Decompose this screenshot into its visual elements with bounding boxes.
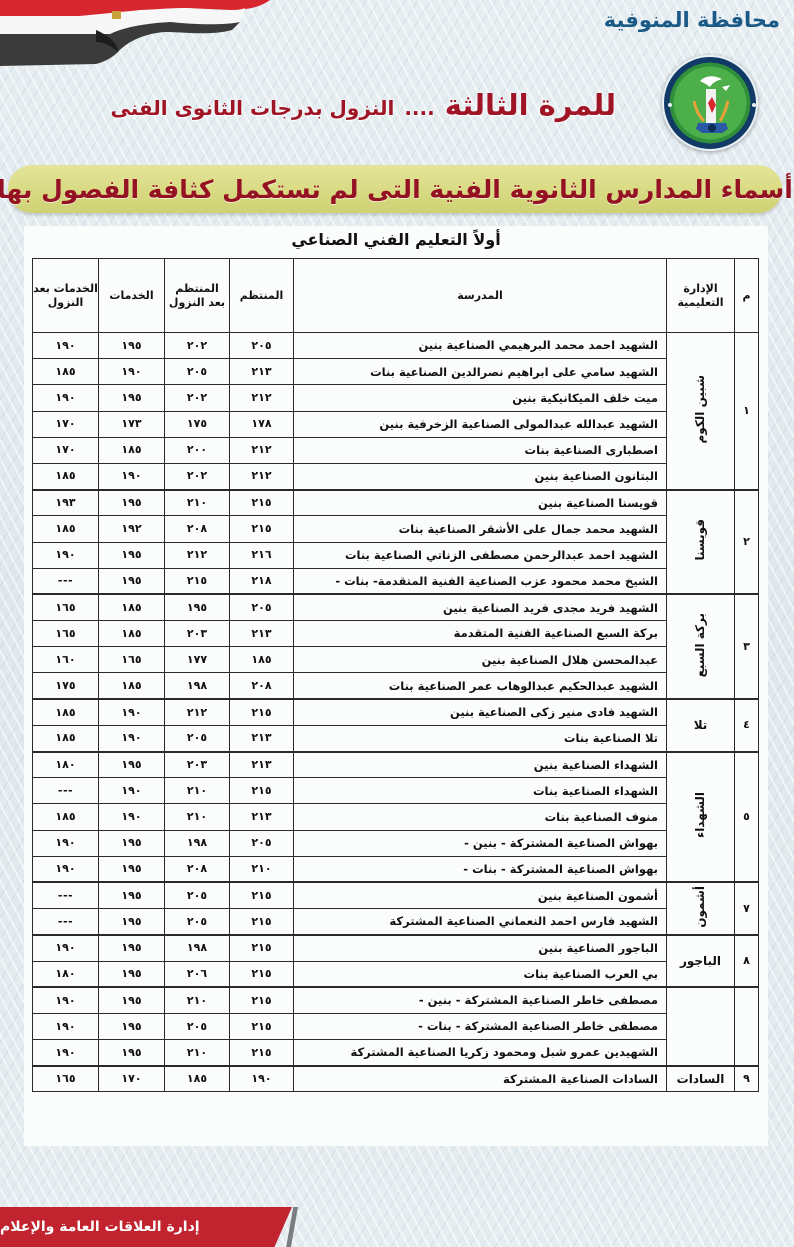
regular-after-cell: ٢٠٨ [165, 856, 230, 882]
services-cell: ١٩٥ [99, 1040, 165, 1066]
services-after-cell: ١٩٠ [33, 830, 99, 856]
services-after-cell: ١٨٥ [33, 804, 99, 830]
table-row: اصطبارى الصناعية بنات٢١٢٢٠٠١٨٥١٧٠ [33, 437, 759, 463]
regular-after-cell: ٢٠٣ [165, 752, 230, 778]
table-row: ميت خلف الميكانيكية بنين٢١٢٢٠٢١٩٥١٩٠ [33, 385, 759, 411]
regular-after-cell: ٢١٥ [165, 568, 230, 594]
table-row: ١شبين الكومالشهيد احمد محمد البرهيمي الص… [33, 333, 759, 359]
school-name-cell: تلا الصناعية بنات [294, 725, 667, 751]
administration-label: تلا [694, 718, 708, 732]
col-header-school: المدرسة [294, 259, 667, 333]
table-row: ٧أشمونأشمون الصناعية بنين٢١٥٢٠٥١٩٥--- [33, 882, 759, 908]
regular-after-cell: ٢١٠ [165, 987, 230, 1013]
school-name-cell: الشهيد فارس احمد النعماني الصناعية المشت… [294, 909, 667, 935]
regular-cell: ٢١٣ [230, 804, 294, 830]
services-after-cell: --- [33, 568, 99, 594]
table-row: ٢قويسناقويسنا الصناعية بنين٢١٥٢١٠١٩٥١٩٣ [33, 490, 759, 516]
regular-after-cell: ٢١٢ [165, 699, 230, 725]
services-cell: ١٩٥ [99, 490, 165, 516]
services-after-cell: ١٩٠ [33, 1013, 99, 1039]
services-after-cell: ١٩٠ [33, 1040, 99, 1066]
services-after-cell: --- [33, 882, 99, 908]
table-body: ١شبين الكومالشهيد احمد محمد البرهيمي الص… [33, 333, 759, 1092]
regular-cell: ٢٠٥ [230, 333, 294, 359]
regular-cell: ٢١٨ [230, 568, 294, 594]
services-after-cell: --- [33, 909, 99, 935]
regular-cell: ٢١٥ [230, 490, 294, 516]
services-cell: ١٩٥ [99, 961, 165, 987]
services-after-cell: ١٩٠ [33, 385, 99, 411]
services-after-cell: ١٩٠ [33, 542, 99, 568]
services-cell: ١٩٥ [99, 385, 165, 411]
table-row: بي العرب الصناعية بنات٢١٥٢٠٦١٩٥١٨٠ [33, 961, 759, 987]
services-after-cell: ١٩٠ [33, 987, 99, 1013]
regular-after-cell: ١٧٥ [165, 411, 230, 437]
regular-cell: ٢١٥ [230, 935, 294, 961]
school-name-cell: بهواش الصناعية المشتركة - بنين - [294, 830, 667, 856]
services-after-cell: ١٨٥ [33, 463, 99, 489]
services-cell: ١٩٥ [99, 568, 165, 594]
school-name-cell: بهواش الصناعية المشتركة - بنات - [294, 856, 667, 882]
school-name-cell: البتانون الصناعية بنين [294, 463, 667, 489]
services-cell: ١٩٢ [99, 516, 165, 542]
footer-text: إدارة العلاقات العامة والإعلام [0, 1219, 200, 1235]
school-name-cell: السادات الصناعية المشتركة [294, 1066, 667, 1092]
table-row: تلا الصناعية بنات٢١٣٢٠٥١٩٠١٨٥ [33, 725, 759, 751]
banner-text: أسماء المدارس الثانوية الفنية التى لم تس… [0, 175, 793, 204]
regular-after-cell: ١٩٨ [165, 830, 230, 856]
table-row: ٥الشهداءالشهداء الصناعية بنين٢١٣٢٠٣١٩٥١٨… [33, 752, 759, 778]
regular-cell: ١٩٠ [230, 1066, 294, 1092]
table-row: الشهيد سامي على ابراهيم نصرالدين الصناعي… [33, 359, 759, 385]
row-index: ٤ [735, 699, 759, 751]
governorate-name: محافظة المنوفية [604, 8, 780, 32]
regular-cell: ٢١٥ [230, 961, 294, 987]
services-cell: ١٩٥ [99, 752, 165, 778]
services-cell: ١٩٥ [99, 830, 165, 856]
school-name-cell: الشهداء الصناعية بنين [294, 752, 667, 778]
services-after-cell: --- [33, 778, 99, 804]
row-index: ٧ [735, 882, 759, 934]
services-cell: ١٩٥ [99, 333, 165, 359]
table-row: الشهيد محمد جمال على الأشقر الصناعية بنا… [33, 516, 759, 542]
school-name-cell: بركة السبع الصناعية الفنية المتقدمة [294, 621, 667, 647]
regular-after-cell: ٢٠٥ [165, 359, 230, 385]
regular-after-cell: ٢١٠ [165, 778, 230, 804]
services-cell: ١٩٠ [99, 778, 165, 804]
services-after-cell: ١٧٠ [33, 437, 99, 463]
services-after-cell: ١٩٣ [33, 490, 99, 516]
administration-cell: أشمون [667, 882, 735, 934]
services-cell: ١٩٠ [99, 463, 165, 489]
regular-cell: ٢٠٥ [230, 830, 294, 856]
regular-cell: ٢٠٥ [230, 594, 294, 620]
headline-dots: .... [404, 96, 434, 120]
school-name-cell: الشهيد عبدالحكيم عبدالوهاب عمر الصناعية … [294, 673, 667, 699]
services-after-cell: ١٩٠ [33, 935, 99, 961]
services-after-cell: ١٨٠ [33, 752, 99, 778]
administration-label: بركة السبع [693, 613, 708, 677]
table-row: الشيخ محمد محمود عزب الصناعية الفنية الم… [33, 568, 759, 594]
services-cell: ١٩٠ [99, 359, 165, 385]
row-index [735, 987, 759, 1066]
row-index: ٥ [735, 752, 759, 883]
col-header-services: الخدمات [99, 259, 165, 333]
administration-cell [667, 987, 735, 1066]
administration-cell: قويسنا [667, 490, 735, 595]
services-cell: ١٩٠ [99, 699, 165, 725]
regular-after-cell: ٢٠٥ [165, 1013, 230, 1039]
governorate-logo [662, 55, 758, 151]
regular-cell: ٢١٣ [230, 621, 294, 647]
regular-cell: ٢١٥ [230, 1040, 294, 1066]
regular-after-cell: ٢٠٥ [165, 882, 230, 908]
regular-after-cell: ٢٠٨ [165, 516, 230, 542]
regular-cell: ٢١٣ [230, 359, 294, 385]
col-header-regular-after: المنتظم بعد النزول [165, 259, 230, 333]
regular-cell: ٢١٦ [230, 542, 294, 568]
services-cell: ١٩٥ [99, 987, 165, 1013]
regular-cell: ٢١٠ [230, 856, 294, 882]
administration-label: شبين الكوم [693, 375, 708, 444]
col-header-index: م [735, 259, 759, 333]
regular-after-cell: ٢١٠ [165, 804, 230, 830]
school-name-cell: منوف الصناعية بنات [294, 804, 667, 830]
services-after-cell: ١٩٠ [33, 856, 99, 882]
table-row: ٨الباجورالباجور الصناعية بنين٢١٥١٩٨١٩٥١٩… [33, 935, 759, 961]
title-banner: أسماء المدارس الثانوية الفنية التى لم تس… [8, 165, 782, 213]
table-row: ٤تلاالشهيد فادى منير زكى الصناعية بنين٢١… [33, 699, 759, 725]
services-after-cell: ١٩٠ [33, 333, 99, 359]
regular-cell: ١٧٨ [230, 411, 294, 437]
table-header-row: م الإدارة التعليمية المدرسة المنتظم المن… [33, 259, 759, 333]
table-row: البتانون الصناعية بنين٢١٢٢٠٢١٩٠١٨٥ [33, 463, 759, 489]
regular-cell: ٢١٢ [230, 463, 294, 489]
administration-label: السادات [677, 1072, 725, 1086]
school-name-cell: الشهيد سامي على ابراهيم نصرالدين الصناعي… [294, 359, 667, 385]
services-after-cell: ١٨٥ [33, 725, 99, 751]
school-name-cell: الشهيد فادى منير زكى الصناعية بنين [294, 699, 667, 725]
regular-after-cell: ١٧٧ [165, 647, 230, 673]
table-row: ٣بركة السبعالشهيد فريد مجدى فريد الصناعي… [33, 594, 759, 620]
services-cell: ١٦٥ [99, 647, 165, 673]
regular-cell: ٢١٥ [230, 882, 294, 908]
headline-subtitle: النزول بدرجات الثانوى الفنى [110, 96, 394, 120]
regular-after-cell: ٢١٠ [165, 490, 230, 516]
table-row: الشهيد احمد عبدالرحمن مصطفى الزناتي الصن… [33, 542, 759, 568]
administration-cell: بركة السبع [667, 594, 735, 699]
regular-after-cell: ٢٠٢ [165, 385, 230, 411]
regular-after-cell: ٢٠٥ [165, 909, 230, 935]
services-cell: ١٩٥ [99, 909, 165, 935]
regular-after-cell: ١٩٥ [165, 594, 230, 620]
services-cell: ١٩٥ [99, 542, 165, 568]
regular-after-cell: ٢٠٣ [165, 621, 230, 647]
school-name-cell: الشهداء الصناعية بنات [294, 778, 667, 804]
table-row: عبدالمحسن هلال الصناعية بنين١٨٥١٧٧١٦٥١٦٠ [33, 647, 759, 673]
services-after-cell: ١٦٥ [33, 594, 99, 620]
col-header-regular: المنتظم [230, 259, 294, 333]
regular-after-cell: ٢٠٢ [165, 333, 230, 359]
regular-after-cell: ٢٠٥ [165, 725, 230, 751]
table-row: بهواش الصناعية المشتركة - بنين -٢٠٥١٩٨١٩… [33, 830, 759, 856]
school-name-cell: عبدالمحسن هلال الصناعية بنين [294, 647, 667, 673]
services-after-cell: ١٦٠ [33, 647, 99, 673]
col-header-administration: الإدارة التعليمية [667, 259, 735, 333]
school-name-cell: الشيخ محمد محمود عزب الصناعية الفنية الم… [294, 568, 667, 594]
regular-cell: ٢١٥ [230, 1013, 294, 1039]
school-name-cell: الباجور الصناعية بنين [294, 935, 667, 961]
school-name-cell: أشمون الصناعية بنين [294, 882, 667, 908]
table-row: بهواش الصناعية المشتركة - بنات -٢١٠٢٠٨١٩… [33, 856, 759, 882]
administration-cell: شبين الكوم [667, 333, 735, 490]
school-name-cell: قويسنا الصناعية بنين [294, 490, 667, 516]
services-after-cell: ١٨٥ [33, 699, 99, 725]
services-after-cell: ١٨٠ [33, 961, 99, 987]
services-cell: ١٩٠ [99, 725, 165, 751]
regular-after-cell: ١٨٥ [165, 1066, 230, 1092]
services-cell: ١٧٠ [99, 1066, 165, 1092]
table-row: منوف الصناعية بنات٢١٣٢١٠١٩٠١٨٥ [33, 804, 759, 830]
regular-after-cell: ٢١٠ [165, 1040, 230, 1066]
administration-label: الباجور [680, 954, 721, 968]
footer-banner: إدارة العلاقات العامة والإعلام [0, 1207, 292, 1247]
emblem-icon [664, 57, 760, 153]
administration-cell: الباجور [667, 935, 735, 987]
regular-cell: ١٨٥ [230, 647, 294, 673]
table-row: الشهيد فارس احمد النعماني الصناعية المشت… [33, 909, 759, 935]
services-after-cell: ١٧٠ [33, 411, 99, 437]
table-row: مصطفى خاطر الصناعية المشتركة - بنين -٢١٥… [33, 987, 759, 1013]
regular-cell: ٢١٢ [230, 385, 294, 411]
services-cell: ١٩٥ [99, 1013, 165, 1039]
regular-after-cell: ١٩٨ [165, 673, 230, 699]
administration-label: قويسنا [693, 519, 708, 561]
table-row: الشهداء الصناعية بنات٢١٥٢١٠١٩٠--- [33, 778, 759, 804]
services-cell: ١٩٠ [99, 804, 165, 830]
services-cell: ١٨٥ [99, 437, 165, 463]
regular-after-cell: ١٩٨ [165, 935, 230, 961]
row-index: ٨ [735, 935, 759, 987]
administration-cell: السادات [667, 1066, 735, 1092]
services-cell: ١٩٥ [99, 856, 165, 882]
school-name-cell: ميت خلف الميكانيكية بنين [294, 385, 667, 411]
services-after-cell: ١٨٥ [33, 516, 99, 542]
school-name-cell: مصطفى خاطر الصناعية المشتركة - بنين - [294, 987, 667, 1013]
headline: للمرة الثالثة .... النزول بدرجات الثانوى… [110, 88, 616, 122]
regular-cell: ٢١٥ [230, 778, 294, 804]
services-cell: ١٩٥ [99, 935, 165, 961]
flag-icon [0, 0, 280, 72]
egypt-flag-ribbon [0, 0, 280, 72]
row-index: ٣ [735, 594, 759, 699]
services-cell: ١٩٥ [99, 882, 165, 908]
table-row: الشهيد عبدالحكيم عبدالوهاب عمر الصناعية … [33, 673, 759, 699]
services-cell: ١٨٥ [99, 621, 165, 647]
services-after-cell: ١٨٥ [33, 359, 99, 385]
table-row: بركة السبع الصناعية الفنية المتقدمة٢١٣٢٠… [33, 621, 759, 647]
document-sheet: أولاً التعليم الفني الصناعي م الإدارة ال… [24, 226, 768, 1146]
administration-label: الشهداء [693, 792, 708, 838]
headline-emphasis: للمرة الثالثة [445, 88, 616, 122]
sheet-title: أولاً التعليم الفني الصناعي [24, 230, 768, 249]
services-after-cell: ١٦٥ [33, 621, 99, 647]
school-name-cell: الشهيد احمد محمد البرهيمي الصناعية بنين [294, 333, 667, 359]
row-index: ٩ [735, 1066, 759, 1092]
regular-cell: ٢١٥ [230, 516, 294, 542]
school-name-cell: الشهيد احمد عبدالرحمن مصطفى الزناتي الصن… [294, 542, 667, 568]
regular-cell: ٢١٥ [230, 699, 294, 725]
table-row: ٩الساداتالسادات الصناعية المشتركة١٩٠١٨٥١… [33, 1066, 759, 1092]
school-name-cell: الشهيد عبدالله عبدالمولى الصناعية الزخرف… [294, 411, 667, 437]
school-name-cell: الشهيد محمد جمال على الأشقر الصناعية بنا… [294, 516, 667, 542]
regular-cell: ٢١٣ [230, 752, 294, 778]
regular-cell: ٢١٥ [230, 987, 294, 1013]
regular-cell: ٢٠٨ [230, 673, 294, 699]
school-name-cell: اصطبارى الصناعية بنات [294, 437, 667, 463]
services-cell: ١٨٥ [99, 673, 165, 699]
administration-cell: تلا [667, 699, 735, 751]
table-row: الشهيد عبدالله عبدالمولى الصناعية الزخرف… [33, 411, 759, 437]
administration-cell: الشهداء [667, 752, 735, 883]
services-cell: ١٨٥ [99, 594, 165, 620]
regular-after-cell: ٢٠٦ [165, 961, 230, 987]
regular-after-cell: ٢٠٠ [165, 437, 230, 463]
services-after-cell: ١٧٥ [33, 673, 99, 699]
school-name-cell: مصطفى خاطر الصناعية المشتركة - بنات - [294, 1013, 667, 1039]
row-index: ١ [735, 333, 759, 490]
regular-cell: ٢١٣ [230, 725, 294, 751]
regular-after-cell: ٢١٢ [165, 542, 230, 568]
col-header-services-after: الخدمات بعد النزول [33, 259, 99, 333]
regular-after-cell: ٢٠٢ [165, 463, 230, 489]
regular-cell: ٢١٢ [230, 437, 294, 463]
school-name-cell: الشهيدين عمرو شبل ومحمود زكريا الصناعية … [294, 1040, 667, 1066]
services-cell: ١٧٣ [99, 411, 165, 437]
table-row: مصطفى خاطر الصناعية المشتركة - بنات -٢١٥… [33, 1013, 759, 1039]
schools-table: م الإدارة التعليمية المدرسة المنتظم المن… [32, 258, 759, 1092]
row-index: ٢ [735, 490, 759, 595]
table-row: الشهيدين عمرو شبل ومحمود زكريا الصناعية … [33, 1040, 759, 1066]
administration-label: أشمون [693, 886, 708, 928]
services-after-cell: ١٦٥ [33, 1066, 99, 1092]
regular-cell: ٢١٥ [230, 909, 294, 935]
school-name-cell: بي العرب الصناعية بنات [294, 961, 667, 987]
school-name-cell: الشهيد فريد مجدى فريد الصناعية بنين [294, 594, 667, 620]
